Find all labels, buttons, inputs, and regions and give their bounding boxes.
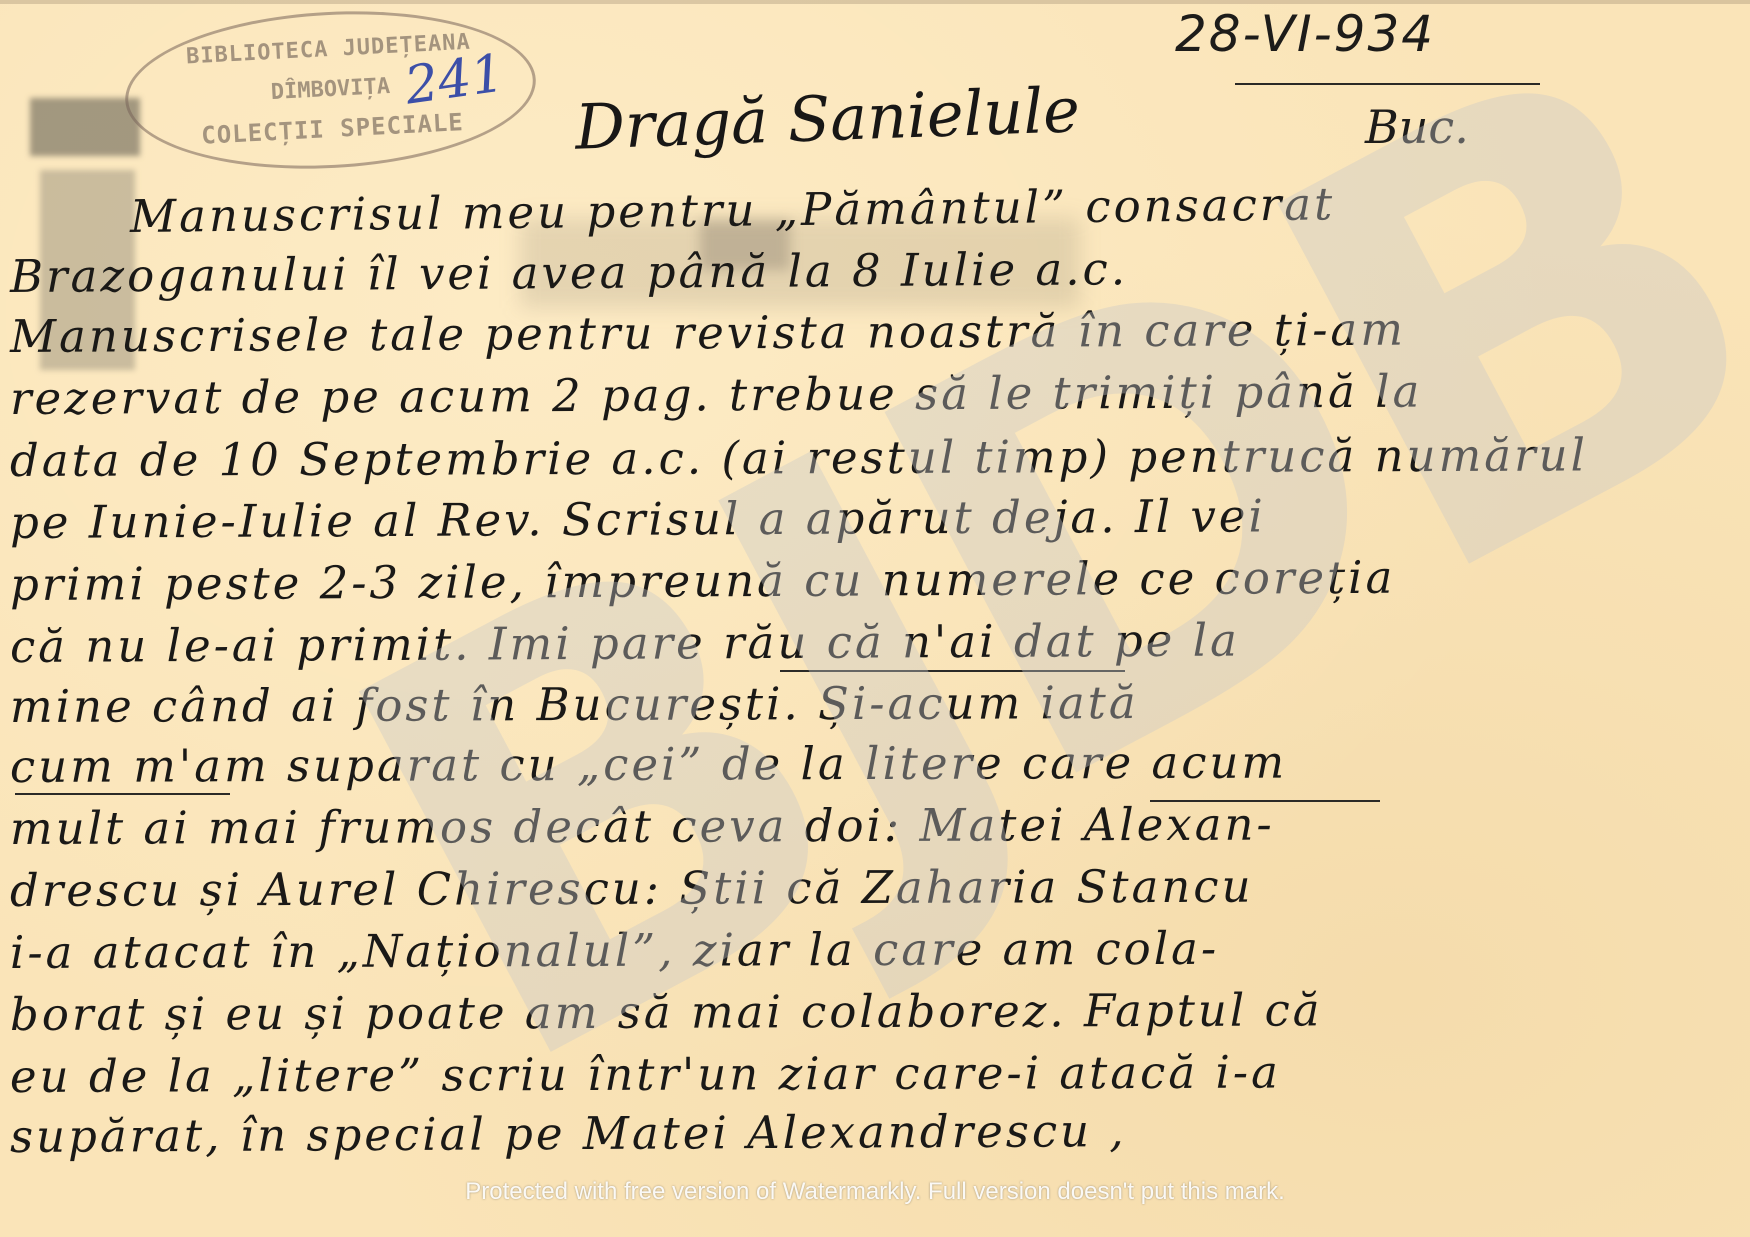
- letter-line: Brazoganului îl vei avea până la 8 Iulie…: [10, 242, 1128, 303]
- paper-edge: [0, 0, 1750, 4]
- letter-line: pe Iunie-Iulie al Rev. Scrisul a apărut …: [10, 489, 1266, 549]
- watermark-notice: Protected with free version of Watermark…: [0, 1178, 1750, 1206]
- letter-line: borat și eu și poate am să mai colaborez…: [10, 983, 1323, 1041]
- letter-line: supărat, în special pe Matei Alexandresc…: [10, 1104, 1127, 1163]
- letter-place: Buc.: [1365, 100, 1469, 154]
- underline-mark: [780, 670, 1125, 672]
- letter-line: mine când ai fost în București. Și-acum …: [10, 676, 1139, 733]
- letter-line: cum m'am suparat cu „cei” de la litere c…: [10, 736, 1287, 793]
- letter-line: că nu le-ai primit. Imi pare rău că n'ai…: [10, 614, 1240, 673]
- date-underline: [1235, 83, 1540, 85]
- letter-line: i-a atacat în „Naționalul”, ziar la care…: [10, 922, 1219, 979]
- letter-line: Manuscrisele tale pentru revista noastră…: [10, 303, 1406, 363]
- strikethrough-mark: [15, 793, 230, 795]
- letter-line: drescu și Aurel Chirescu: Știi că Zahari…: [10, 860, 1254, 917]
- letter-line: eu de la „litere” scriu într'un ziar car…: [10, 1046, 1281, 1103]
- letter-line: data de 10 Septembrie a.c. (ai restul ti…: [10, 428, 1588, 487]
- letter-line: mult ai mai frumos decât ceva doi: Matei…: [10, 798, 1275, 855]
- letter-line: rezervat de pe acum 2 pag. trebue să le …: [10, 365, 1423, 425]
- underline-mark: [1150, 800, 1380, 802]
- letter-line: primi peste 2-3 zile, împreună cu numere…: [10, 551, 1396, 611]
- letter-date: 28-VI-934: [1175, 5, 1435, 63]
- ink-smudge: [30, 98, 140, 156]
